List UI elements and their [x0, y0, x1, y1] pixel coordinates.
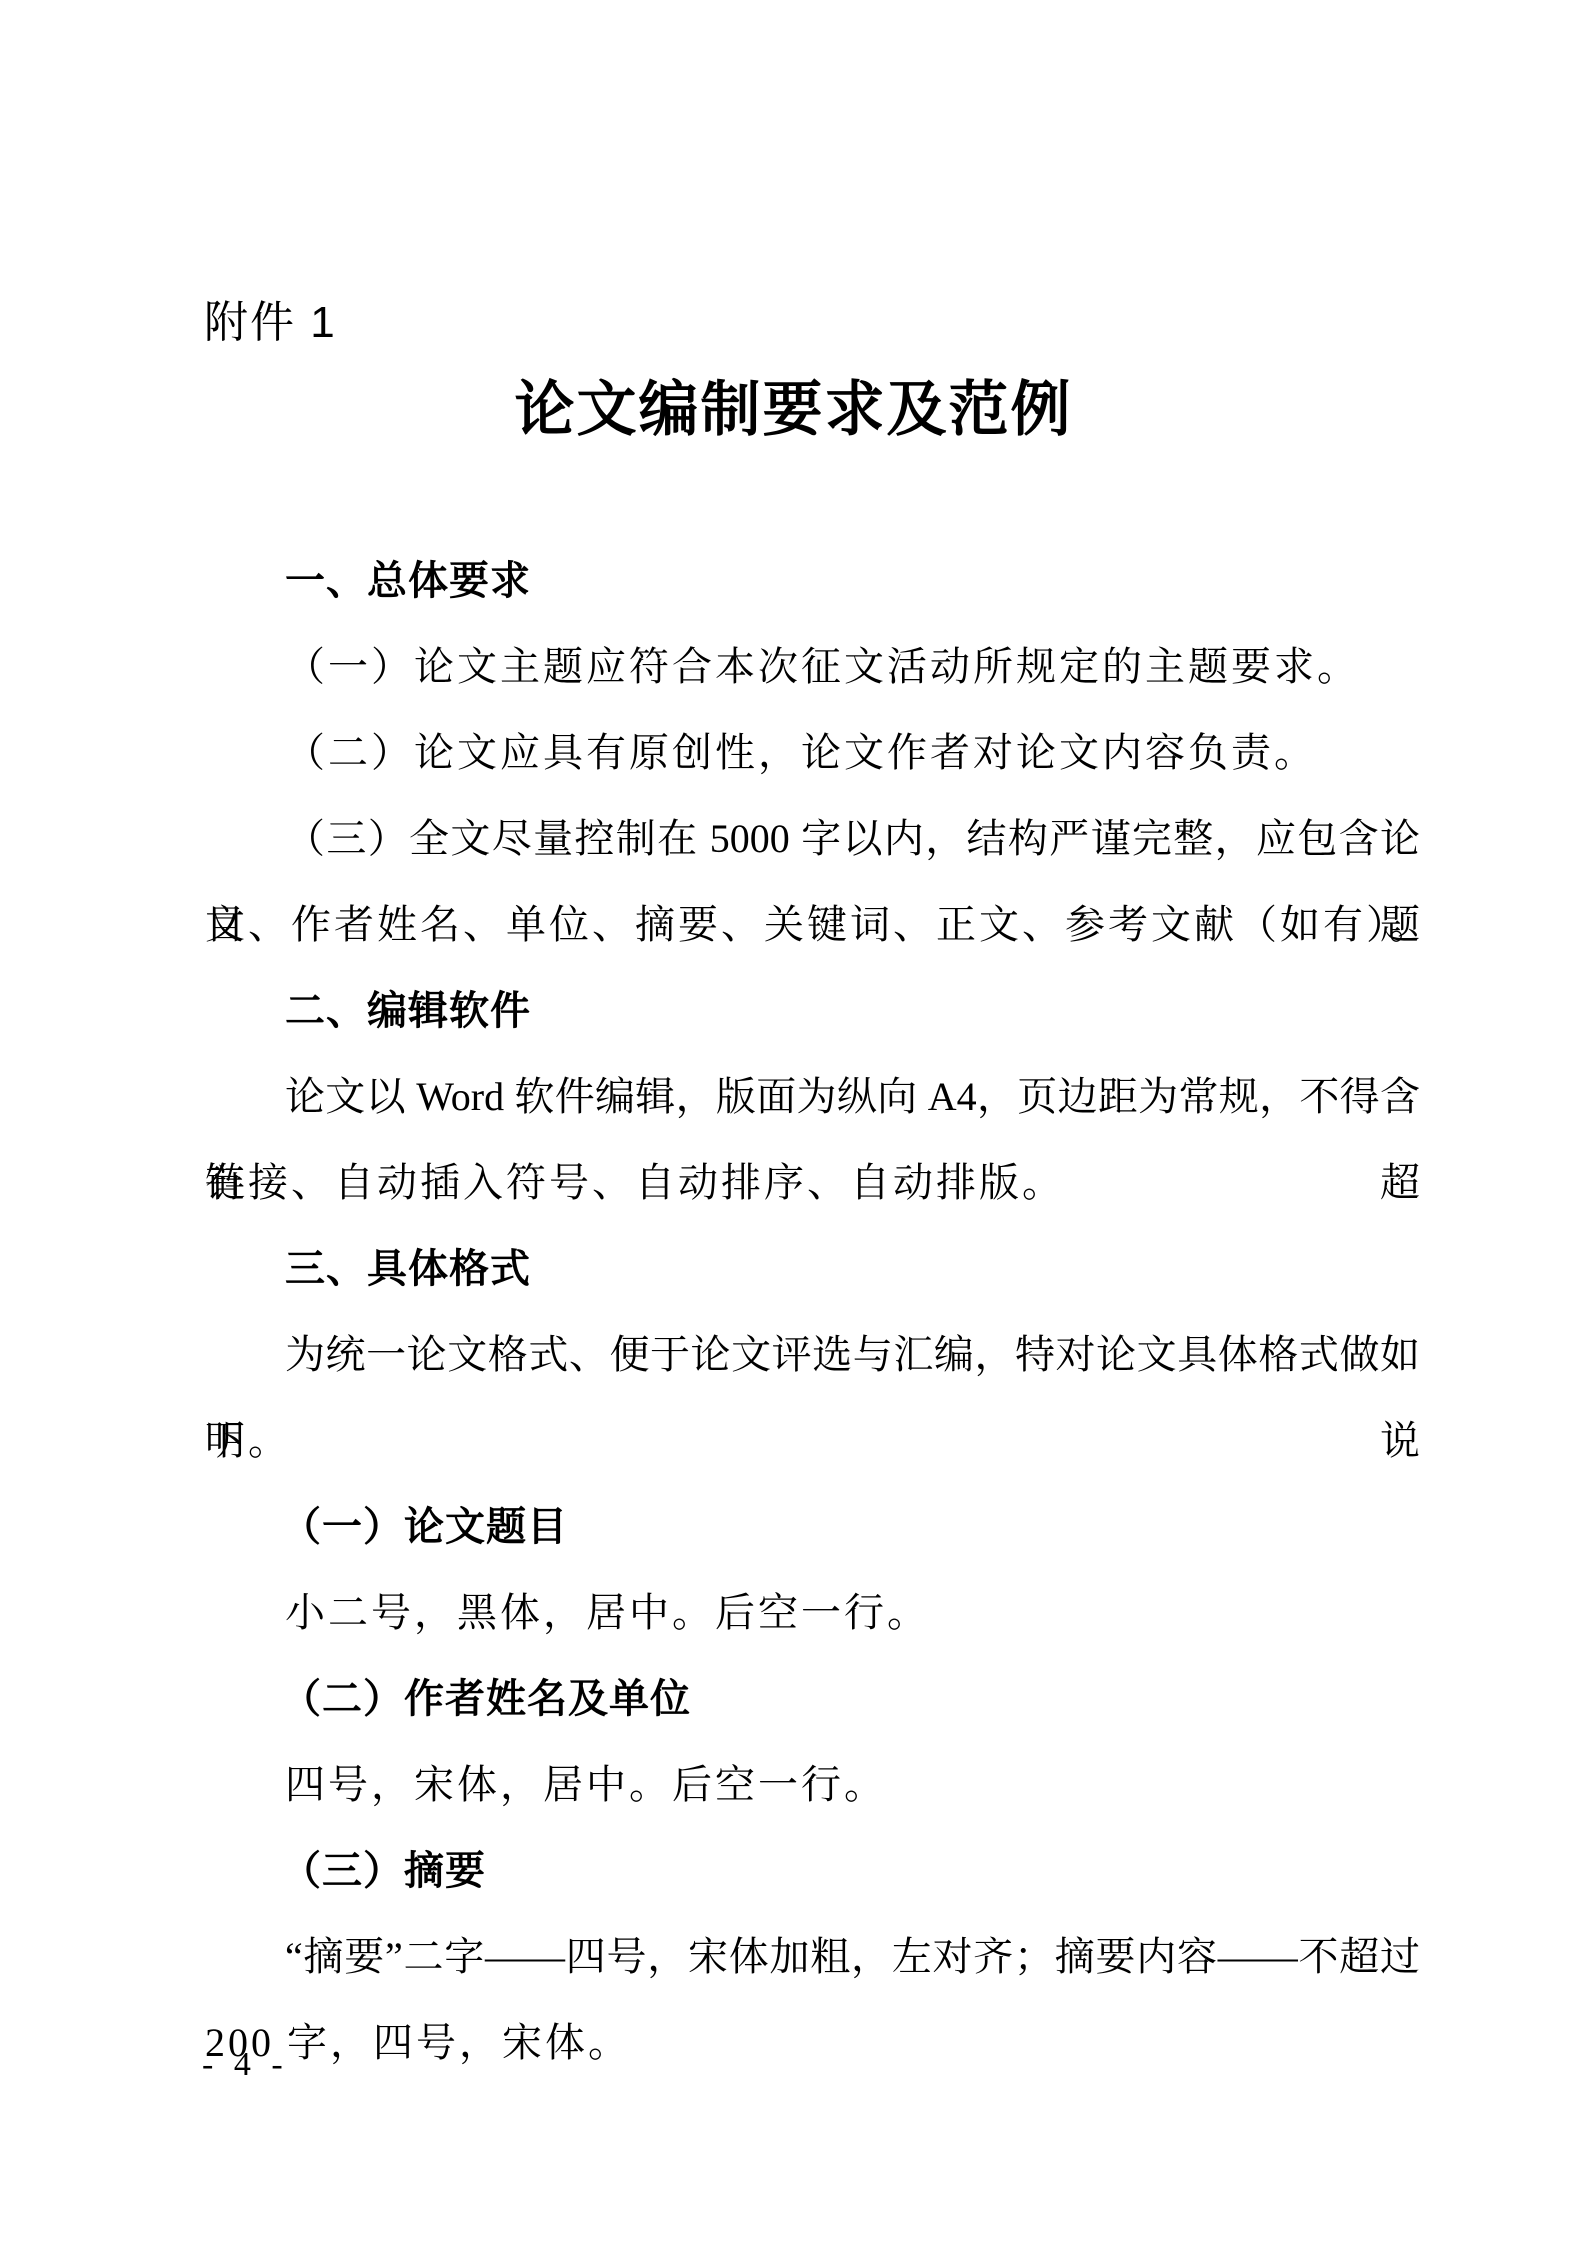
subsection-heading-1: （一）论文题目	[205, 1484, 1420, 1570]
page-number: - 4 -	[202, 2046, 289, 2084]
paragraph-line: （二）论文应具有原创性，论文作者对论文内容负责。	[205, 710, 1420, 796]
paragraph-line: （三）全文尽量控制在 5000 字以内，结构严谨完整，应包含论文题	[205, 796, 1420, 882]
paragraph-line: 小二号，黑体，居中。后空一行。	[205, 1570, 1420, 1656]
section-heading-3: 三、具体格式	[205, 1226, 1420, 1312]
document-page: 附件 1 论文编制要求及范例 一、总体要求 （一）论文主题应符合本次征文活动所规…	[0, 0, 1587, 2245]
section-heading-1: 一、总体要求	[205, 538, 1420, 624]
paragraph-line: 四号，宋体，居中。后空一行。	[205, 1742, 1420, 1828]
attachment-label: 附件 1	[204, 286, 337, 350]
document-body: 一、总体要求 （一）论文主题应符合本次征文活动所规定的主题要求。 （二）论文应具…	[205, 538, 1420, 2086]
paragraph-line: 200 字，四号，宋体。	[205, 2000, 1420, 2086]
paragraph-line: 目、作者姓名、单位、摘要、关键词、正文、参考文献（如有）。	[205, 882, 1420, 968]
paragraph-line: （一）论文主题应符合本次征文活动所规定的主题要求。	[205, 624, 1420, 710]
section-heading-2: 二、编辑软件	[205, 968, 1420, 1054]
subsection-heading-3: （三）摘要	[205, 1828, 1420, 1914]
paragraph-line: 论文以 Word 软件编辑，版面为纵向 A4，页边距为常规，不得含有超	[205, 1054, 1420, 1140]
paragraph-line: 为统一论文格式、便于论文评选与汇编，特对论文具体格式做如下说	[205, 1312, 1420, 1398]
paragraph-line: “摘要”二字——四号，宋体加粗，左对齐；摘要内容——不超过	[205, 1914, 1420, 2000]
document-title: 论文编制要求及范例	[0, 362, 1587, 448]
subsection-heading-2: （二）作者姓名及单位	[205, 1656, 1420, 1742]
